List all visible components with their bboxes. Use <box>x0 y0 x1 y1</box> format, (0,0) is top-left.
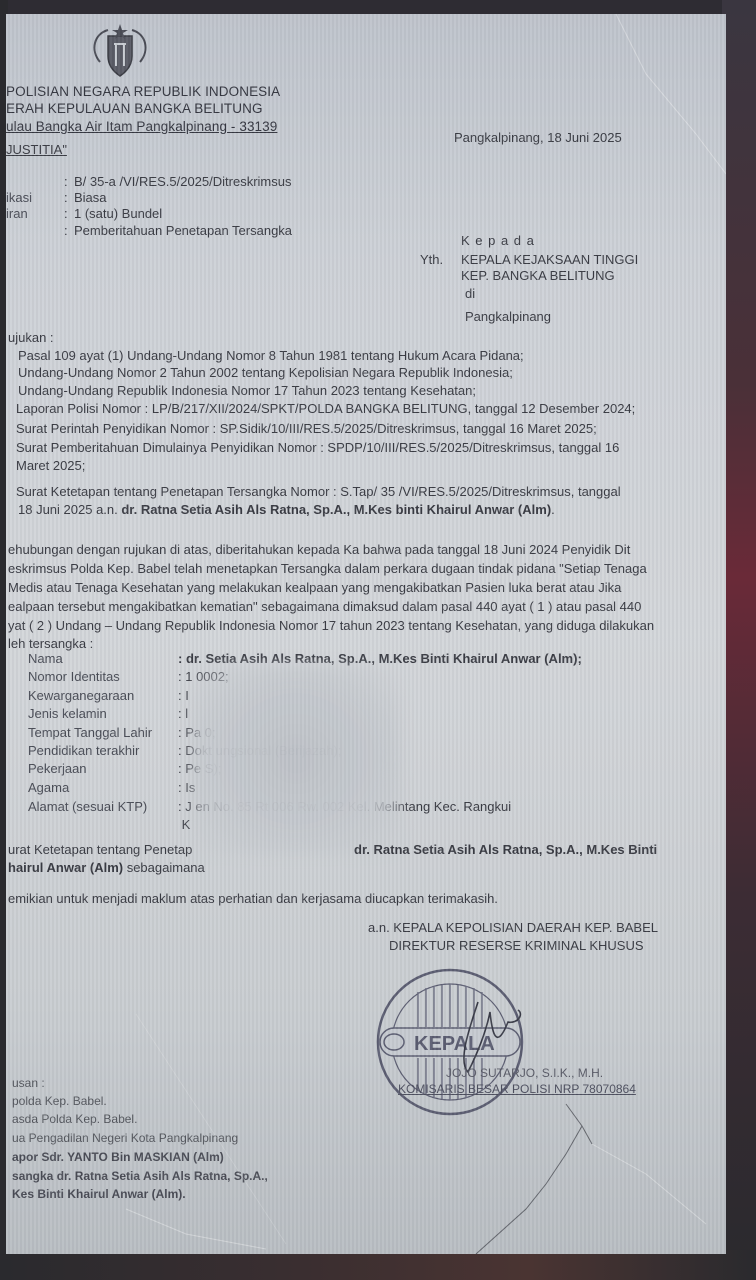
rujukan-item: Surat Pemberitahuan Dimulainya Penyidika… <box>16 440 619 455</box>
recipient-di: di <box>465 286 475 301</box>
meta-colon: : <box>64 206 68 221</box>
rujukan-last-prefix: 18 Juni 2025 a.n. <box>18 502 121 517</box>
official-stamp: KEPALA <box>368 962 548 1122</box>
suspect-label: Nama <box>28 651 178 666</box>
photo-background-right <box>722 0 756 1280</box>
suspect-row-nationality: Kewarganegaraan: I <box>28 688 189 703</box>
rujukan-item: Pasal 109 ayat (1) Undang-Undang Nomor 8… <box>18 348 524 363</box>
tembusan-item: ua Pengadilan Negeri Kota Pangkalpinang <box>12 1131 238 1145</box>
body-line: eskrimsus Polda Kep. Babel telah menetap… <box>8 561 647 576</box>
recipient-kepada: K e p a d a <box>461 233 535 248</box>
classification-value: Biasa <box>74 190 107 205</box>
closing-thanks: emikian untuk menjadi maklum atas perhat… <box>8 891 498 906</box>
tembusan-item: Kes Binti Khairul Anwar (Alm). <box>12 1187 186 1201</box>
body-line: leh tersangka : <box>8 636 93 651</box>
screen-crack-lines <box>6 14 726 1254</box>
suspect-row-religion: Agama: Is <box>28 780 195 795</box>
rujukan-item: Laporan Polisi Nomor : LP/B/217/XII/2024… <box>16 401 635 416</box>
recipient-line-1: KEPALA KEJAKSAAN TINGGI <box>461 252 638 267</box>
suspect-value: : I <box>178 688 189 703</box>
suspect-row-birth: Tempat Tanggal Lahir: Pa 0; <box>28 725 216 740</box>
body-line: ehubungan dengan rujukan di atas, diberi… <box>8 542 630 557</box>
signature-line-1: a.n. KEPALA KEPOLISIAN DAERAH KEP. BABEL <box>368 920 658 935</box>
rujukan-item-last: 18 Juni 2025 a.n. dr. Ratna Setia Asih A… <box>18 502 555 517</box>
rujukan-item: Surat Ketetapan tentang Penetapan Tersan… <box>16 484 621 499</box>
suspect-label: Nomor Identitas <box>28 669 178 684</box>
meta-colon: : <box>64 223 68 238</box>
rujukan-last-name: dr. Ratna Setia Asih Als Ratna, Sp.A., M… <box>121 502 551 517</box>
suspect-value: K <box>178 817 190 832</box>
meta-colon: : <box>64 174 68 189</box>
signatory-rank: KOMISARIS BESAR POLISI NRP 78070864 <box>398 1082 636 1096</box>
suspect-label: Kewarganegaraan <box>28 688 178 703</box>
suspect-row-gender: Jenis kelamin: l <box>28 706 188 721</box>
recipient-line-2: KEP. BANGKA BELITUNG <box>461 268 615 283</box>
suspect-label: Alamat (sesuai KTP) <box>28 799 178 814</box>
signatory-name: JOJO SUTARJO, S.I.K., M.H. <box>446 1066 603 1080</box>
rujukan-item: Surat Perintah Penyidikan Nomor : SP.Sid… <box>16 421 597 436</box>
recipient-yth: Yth. <box>420 252 443 267</box>
suspect-row-address-2: K <box>28 817 190 832</box>
signature-line-2: DIREKTUR RESERSE KRIMINAL KHUSUS <box>389 938 644 953</box>
tembusan-item: polda Kep. Babel. <box>12 1094 107 1108</box>
closing-line-2-suffix: sebagaimana <box>123 860 205 875</box>
photo-background-bottom <box>0 1250 756 1280</box>
place-date: Pangkalpinang, 18 Juni 2025 <box>454 130 622 145</box>
body-line: Medis atau Tenaga Kesehatan yang melakuk… <box>8 580 621 595</box>
closing-line-1-name: dr. Ratna Setia Asih Als Ratna, Sp.A., M… <box>354 842 657 857</box>
letterhead-line-2: ERAH KEPULAUAN BANGKA BELITUNG <box>6 101 263 116</box>
tembusan-item: sangka dr. Ratna Setia Asih Als Ratna, S… <box>12 1169 268 1183</box>
letterhead-line-1: POLISIAN NEGARA REPUBLIK INDONESIA <box>6 84 280 99</box>
attachment-value: 1 (satu) Bundel <box>74 206 162 221</box>
suspect-label: Pendidikan terakhir <box>28 743 178 758</box>
rujukan-item: Undang-Undang Nomor 2 Tahun 2002 tentang… <box>18 365 513 380</box>
body-line: ealpaan tersebut mengakibatkan kematian"… <box>8 599 641 614</box>
recipient-city: Pangkalpinang <box>465 309 551 324</box>
suspect-value: : l <box>178 706 188 721</box>
rujukan-item: Maret 2025; <box>16 458 85 473</box>
meta-colon: : <box>64 190 68 205</box>
letter-document: POLISIAN NEGARA REPUBLIK INDONESIA ERAH … <box>6 14 726 1254</box>
pro-justitia: JUSTITIA" <box>6 142 67 157</box>
suspect-label: Agama <box>28 780 178 795</box>
rujukan-title: ujukan : <box>8 330 54 345</box>
suspect-label: Pekerjaan <box>28 761 178 776</box>
tembusan-title: usan : <box>12 1076 45 1090</box>
rujukan-item: Undang-Undang Republik Indonesia Nomor 1… <box>18 383 476 398</box>
body-line: yat ( 2 ) Undang – Undang Republik Indon… <box>8 618 654 633</box>
closing-line-2-name: hairul Anwar (Alm) <box>8 860 123 875</box>
police-crest-icon <box>86 22 154 84</box>
subject-value: Pemberitahuan Penetapan Tersangka <box>74 223 292 238</box>
tembusan-item: apor Sdr. YANTO Bin MASKIAN (Alm) <box>12 1150 224 1164</box>
letter-number: B/ 35-a /VI/RES.5/2025/Ditreskrimsus <box>74 174 291 189</box>
closing-line-2: hairul Anwar (Alm) sebagaimana <box>8 860 205 875</box>
suspect-label: Tempat Tanggal Lahir <box>28 725 178 740</box>
meta-label-klasifikasi: ikasi <box>6 190 32 205</box>
closing-line-1-prefix: urat Ketetapan tentang Penetap <box>8 842 192 857</box>
tembusan-item: asda Polda Kep. Babel. <box>12 1112 137 1126</box>
letterhead-line-3: ulau Bangka Air Itam Pangkalpinang - 331… <box>6 119 277 134</box>
meta-label-lampiran: iran <box>6 206 28 221</box>
rujukan-last-suffix: . <box>551 502 555 517</box>
suspect-label: Jenis kelamin <box>28 706 178 721</box>
redaction-blur <box>191 664 401 854</box>
